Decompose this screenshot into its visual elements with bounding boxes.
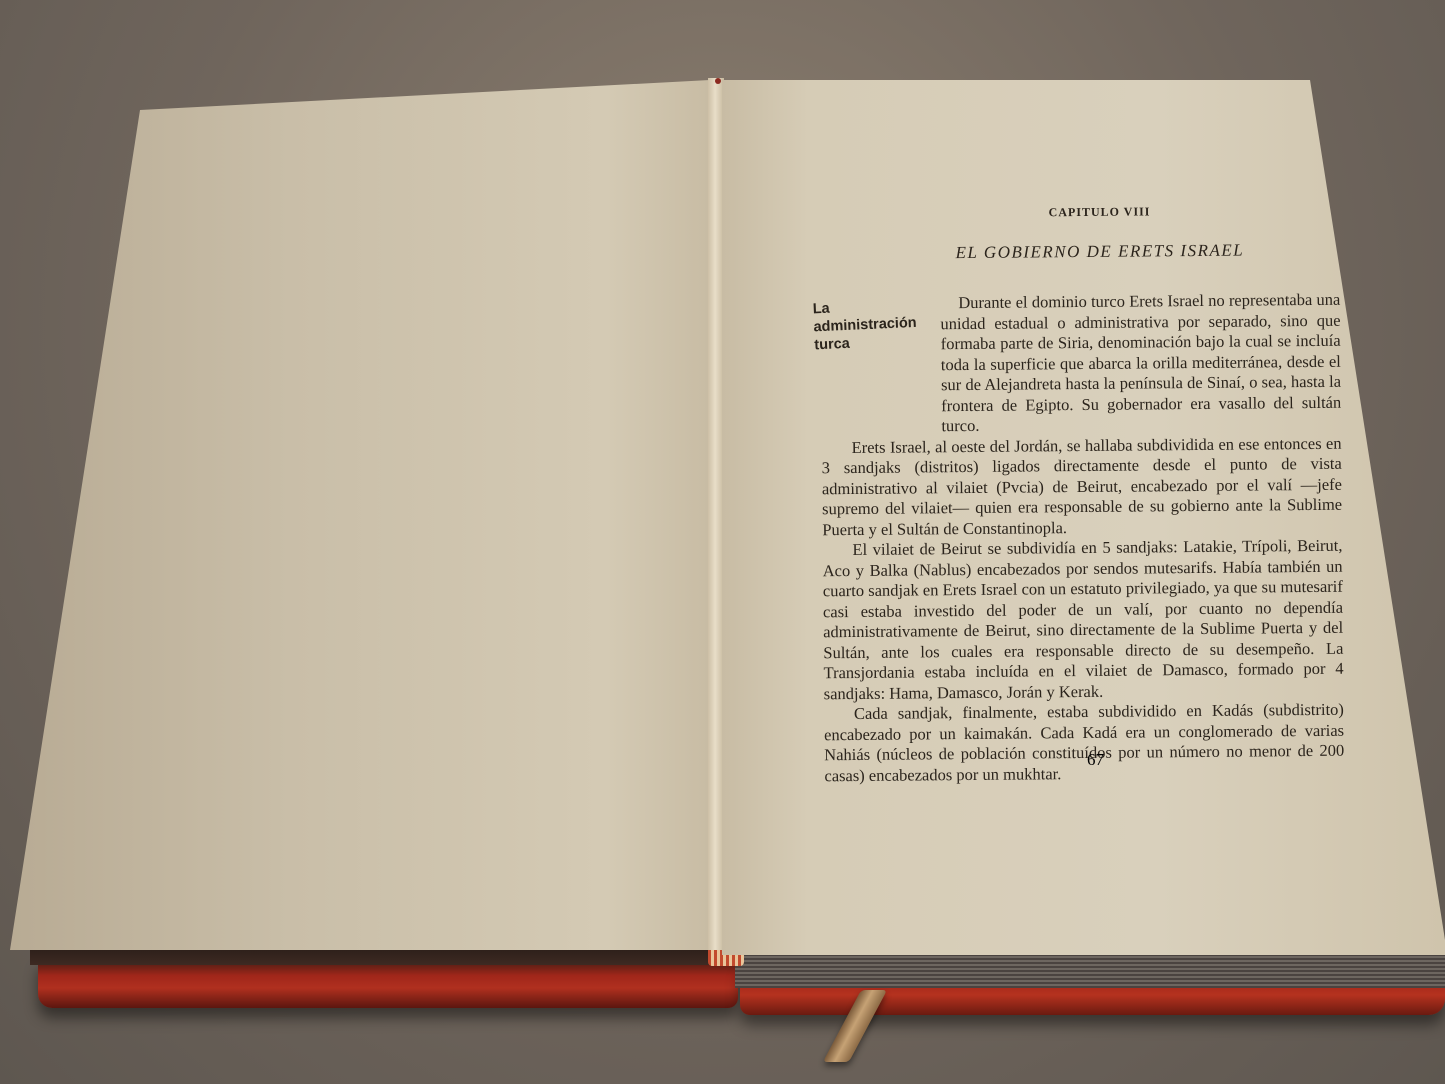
paragraph-2: Erets Israel, al oeste del Jordán, se ha… xyxy=(821,433,1342,540)
page-text: CAPITULO VIII EL GOBIERNO DE ERETS ISRAE… xyxy=(819,203,1344,787)
book-photo: CAPITULO VIII EL GOBIERNO DE ERETS ISRAE… xyxy=(0,0,1445,1084)
margin-heading: La administración turca xyxy=(812,295,929,354)
book-gutter xyxy=(708,78,724,950)
left-page xyxy=(10,80,710,950)
chapter-number: CAPITULO VIII xyxy=(859,203,1339,222)
page-edges-right xyxy=(735,950,1445,988)
right-page: CAPITULO VIII EL GOBIERNO DE ERETS ISRAE… xyxy=(722,80,1445,955)
headband-dot xyxy=(715,78,721,84)
paragraph-4: Cada sandjak, finalmente, estaba subdivi… xyxy=(824,700,1345,787)
chapter-title: EL GOBIERNO DE ERETS ISRAEL xyxy=(860,240,1340,264)
paragraph-3: El vilaiet de Beirut se subdividía en 5 … xyxy=(822,536,1343,705)
page-number: 67 xyxy=(1087,750,1104,770)
paragraph-1: Durante el dominio turco Erets Israel no… xyxy=(940,290,1341,437)
chapter-body: La administración turca Durante el domin… xyxy=(820,290,1344,787)
book-cover-left xyxy=(38,958,738,1008)
